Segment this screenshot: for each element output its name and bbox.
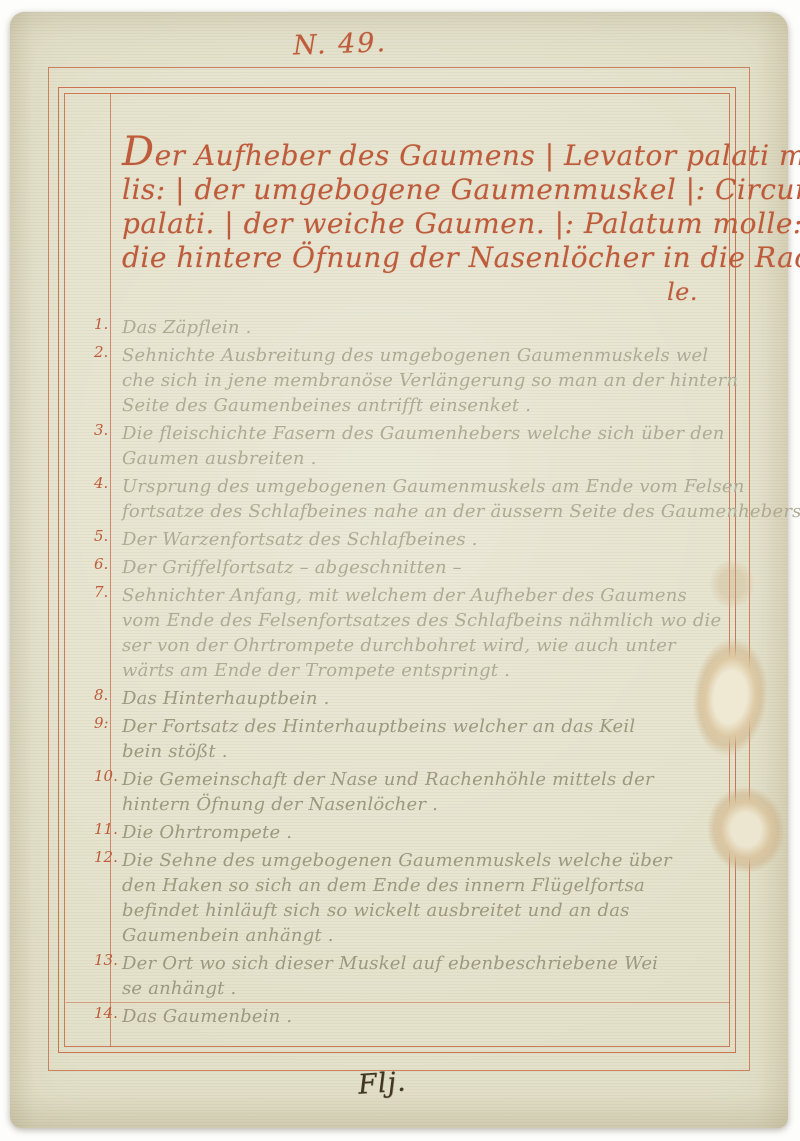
item-number: 12. <box>94 850 120 865</box>
list-item: 13. Der Ort wo sich dieser Muskel auf eb… <box>122 951 732 1001</box>
text-line: Die Sehne des umgebogenen Gaumenmuskels … <box>122 848 732 873</box>
item-text: Die fleischichte Fasern des Gaumenhebers… <box>122 421 732 471</box>
list-item: 2. Sehnichte Ausbreitung des umgebogenen… <box>122 343 732 418</box>
title-line: le. <box>122 275 732 309</box>
document-title: Der Aufheber des Gaumens | Levator palat… <box>122 135 732 309</box>
text-line: Die Ohrtrompete . <box>122 820 732 845</box>
list-item: 10. Die Gemeinschaft der Nase und Rachen… <box>122 767 732 817</box>
item-number: 10. <box>94 769 120 784</box>
item-number: 13. <box>94 953 120 968</box>
list-item: 7. Sehnichter Anfang, mit welchem der Au… <box>122 583 732 683</box>
item-number: 2. <box>94 345 120 360</box>
page-background: N. 49. Der Aufheber des Gaumens | Levato… <box>0 0 800 1141</box>
text-line: Gaumenbein anhängt . <box>122 923 732 948</box>
text-line: Das Gaumenbein . <box>122 1004 732 1029</box>
manuscript-page: N. 49. Der Aufheber des Gaumens | Levato… <box>10 12 788 1128</box>
item-number: 5. <box>94 529 120 544</box>
text-line: Ursprung des umgebogenen Gaumenmuskels a… <box>122 474 732 499</box>
item-text: Die Gemeinschaft der Nase und Rachenhöhl… <box>122 767 732 817</box>
text-line: Das Zäpflein . <box>122 315 732 340</box>
title-line: die hintere Öfnung der Nasenlöcher in di… <box>122 241 732 275</box>
text-line: Gaumen ausbreiten . <box>122 446 732 471</box>
text-line: hintern Öfnung der Nasenlöcher . <box>122 792 732 817</box>
text-line: Der Griffelfortsatz – abgeschnitten – <box>122 555 732 580</box>
text-line: den Haken so sich an dem Ende des innern… <box>122 873 732 898</box>
item-number: 6. <box>94 557 120 572</box>
item-text: Sehnichte Ausbreitung des umgebogenen Ga… <box>122 343 732 418</box>
item-number: 11. <box>94 822 120 837</box>
text-line: se anhängt . <box>122 976 732 1001</box>
page-content: Der Aufheber des Gaumens | Levator palat… <box>110 93 732 1032</box>
list-item: 6. Der Griffelfortsatz – abgeschnitten – <box>122 555 732 580</box>
item-text: Das Hinterhauptbein . <box>122 686 732 711</box>
list-item: 12. Die Sehne des umgebogenen Gaumenmusk… <box>122 848 732 948</box>
list-item: 3. Die fleischichte Fasern des Gaumenheb… <box>122 421 732 471</box>
list-item: 1. Das Zäpflein . <box>122 315 732 340</box>
text-line: Seite des Gaumenbeines antrifft einsenke… <box>122 393 732 418</box>
text-line: bein stößt . <box>122 739 732 764</box>
text-line: fortsatze des Schlafbeines nahe an der ä… <box>122 499 732 524</box>
item-text: Der Griffelfortsatz – abgeschnitten – <box>122 555 732 580</box>
ink-monogram: Flj. <box>357 1066 407 1100</box>
text-line: Das Hinterhauptbein . <box>122 686 732 711</box>
text-line: Der Fortsatz des Hinterhauptbeins welche… <box>122 714 732 739</box>
text-line: Der Ort wo sich dieser Muskel auf ebenbe… <box>122 951 732 976</box>
item-text: Die Ohrtrompete . <box>122 820 732 845</box>
list-item: 8. Das Hinterhauptbein . <box>122 686 732 711</box>
item-number: 1. <box>94 317 120 332</box>
list-item: 4. Ursprung des umgebogenen Gaumenmuskel… <box>122 474 732 524</box>
item-number: 3. <box>94 423 120 438</box>
text-line: ser von der Ohrtrompete durchbohret wird… <box>122 633 732 658</box>
item-text: Ursprung des umgebogenen Gaumenmuskels a… <box>122 474 732 524</box>
title-line: palati. | der weiche Gaumen. |: Palatum … <box>122 207 732 241</box>
text-line: wärts am Ende der Trompete entspringt . <box>122 658 732 683</box>
item-text: Der Ort wo sich dieser Muskel auf ebenbe… <box>122 951 732 1001</box>
item-number: 14. <box>94 1006 120 1021</box>
item-text: Das Zäpflein . <box>122 315 732 340</box>
text-line: befindet hinläuft sich so wickelt ausbre… <box>122 898 732 923</box>
item-number: 4. <box>94 476 120 491</box>
item-number: 9: <box>94 716 120 731</box>
item-text: Sehnichter Anfang, mit welchem der Aufhe… <box>122 583 732 683</box>
item-text: Der Fortsatz des Hinterhauptbeins welche… <box>122 714 732 764</box>
list-item: 11. Die Ohrtrompete . <box>122 820 732 845</box>
text-line: Die fleischichte Fasern des Gaumenhebers… <box>122 421 732 446</box>
numbered-list: 1. Das Zäpflein . 2. Sehnichte Ausbreitu… <box>122 315 732 1029</box>
item-text: Der Warzenfortsatz des Schlafbeines . <box>122 527 732 552</box>
item-number: 8. <box>94 688 120 703</box>
text-line: Der Warzenfortsatz des Schlafbeines . <box>122 527 732 552</box>
page-number: N. 49. <box>293 26 434 62</box>
list-item: 9: Der Fortsatz des Hinterhauptbeins wel… <box>122 714 732 764</box>
title-line: Der Aufheber des Gaumens | Levator palat… <box>122 135 732 173</box>
item-number: 7. <box>94 585 120 600</box>
title-line: lis: | der umgebogene Gaumenmuskel |: Ci… <box>122 173 732 207</box>
text-line: che sich in jene membranöse Verlängerung… <box>122 368 732 393</box>
item-text: Die Sehne des umgebogenen Gaumenmuskels … <box>122 848 732 948</box>
text-line: Sehnichte Ausbreitung des umgebogenen Ga… <box>122 343 732 368</box>
text-line: Sehnichter Anfang, mit welchem der Aufhe… <box>122 583 732 608</box>
list-item: 5. Der Warzenfortsatz des Schlafbeines . <box>122 527 732 552</box>
list-item: 14. Das Gaumenbein . <box>122 1004 732 1029</box>
item-text: Das Gaumenbein . <box>122 1004 732 1029</box>
text-line: Die Gemeinschaft der Nase und Rachenhöhl… <box>122 767 732 792</box>
text-line: vom Ende des Felsenfortsatzes des Schlaf… <box>122 608 732 633</box>
